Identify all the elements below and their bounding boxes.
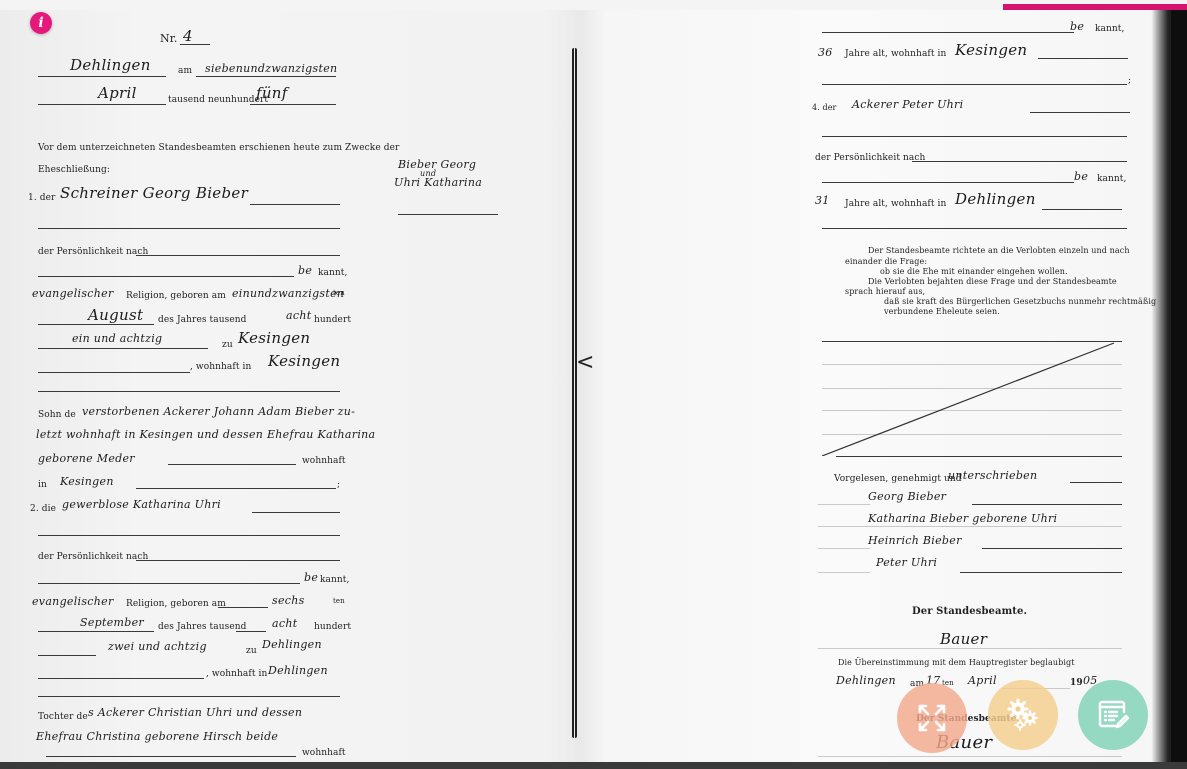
witness4-residence: Dehlingen — [955, 190, 1036, 208]
marriage-year: fünf — [256, 84, 288, 102]
groom-parents-line2: letzt wohnhaft in Kesingen und dessen Eh… — [36, 428, 375, 441]
edit-form-icon — [1096, 698, 1130, 732]
witness3-residence: Kesingen — [955, 41, 1027, 59]
bride-name: gewerblose Katharina Uhri — [62, 498, 221, 511]
bride-birthplace: Dehlingen — [262, 638, 322, 651]
signature-witness-2: Peter Uhri — [876, 556, 937, 569]
cert-place: Dehlingen — [836, 674, 896, 687]
witness3-age: 36 — [818, 46, 833, 59]
expand-button[interactable] — [897, 683, 967, 753]
bride-religion: evangelischer — [32, 595, 114, 608]
bride-birth-month: September — [80, 616, 144, 629]
bride-residence: Dehlingen — [268, 664, 328, 677]
record-number: 4 — [183, 27, 193, 45]
margin-note-line3: Uhri Katharina — [394, 176, 524, 189]
official-signature: Bauer — [940, 630, 987, 648]
signature-bride: Katharina Bieber geborene Uhri — [868, 512, 1057, 525]
scan-edge — [1171, 10, 1187, 762]
info-button[interactable]: i — [30, 12, 52, 34]
groom-residence: Kesingen — [268, 352, 340, 370]
groom-birthplace: Kesingen — [238, 329, 310, 347]
document-viewer[interactable]: Nr. 4 Dehlingen am siebenundzwanzigsten … — [0, 10, 1187, 762]
info-icon: i — [38, 15, 43, 31]
groom-birth-day: einundzwanzigsten — [232, 287, 344, 300]
record-number-label: Nr. — [160, 32, 177, 45]
binding-mark: < — [576, 350, 594, 375]
groom-birth-century: acht — [286, 309, 311, 322]
cert-month: April — [968, 674, 997, 687]
groom-parents-residence: Kesingen — [60, 475, 114, 488]
witness4-age: 31 — [815, 194, 830, 207]
bride-parents-line2: Ehefrau Christina geborene Hirsch beide — [36, 730, 278, 743]
groom-name: Schreiner Georg Bieber — [60, 184, 248, 202]
marriage-month: April — [98, 84, 137, 102]
groom-religion: evangelischer — [32, 287, 114, 300]
witness4-name: Ackerer Peter Uhri — [852, 98, 963, 111]
groom-parents-line3: geborene Meder — [38, 452, 135, 465]
edit-form-button[interactable] — [1078, 680, 1148, 750]
margin-note: Bieber Georg und Uhri Katharina — [398, 158, 528, 193]
marriage-place: Dehlingen — [70, 56, 151, 74]
vorgelesen-signed: unterschrieben — [948, 469, 1037, 482]
signature-groom: Georg Bieber — [868, 490, 946, 503]
bride-birth-year: zwei und achtzig — [108, 640, 207, 653]
expand-arrows-icon — [915, 701, 949, 735]
certification-text: Die Übereinstimmung mit dem Hauptregiste… — [838, 658, 1075, 667]
groom-birth-year: ein und achtzig — [72, 332, 162, 345]
groom-birth-month: August — [88, 306, 143, 324]
bride-parents-line1: s Ackerer Christian Uhri und dessen — [88, 706, 302, 719]
strike-through-line — [822, 341, 1117, 456]
marriage-day: siebenundzwanzigsten — [205, 62, 337, 75]
settings-button[interactable] — [988, 680, 1058, 750]
gears-icon — [1006, 698, 1040, 732]
standesbeamte-title: Der Standesbeamte. — [912, 606, 1027, 617]
bottom-bar — [0, 762, 1187, 769]
groom-parents-line1: verstorbenen Ackerer Johann Adam Bieber … — [82, 405, 355, 418]
signature-witness-1: Heinrich Bieber — [868, 534, 962, 547]
bride-birth-day: sechs — [272, 594, 305, 607]
bride-birth-century: acht — [272, 617, 297, 630]
page-binding-line — [572, 48, 577, 738]
